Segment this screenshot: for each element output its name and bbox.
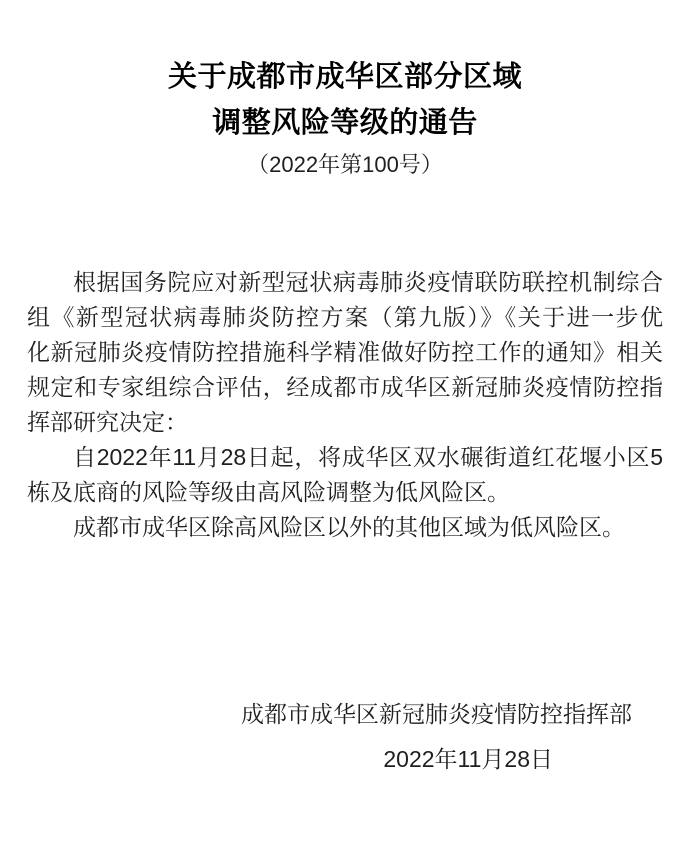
body-line: 栋及底商的风险等级由高风险调整为低风险区。 (27, 475, 663, 510)
body-line: 化新冠肺炎疫情防控措施科学精准做好防控工作的通知》相关 (27, 335, 663, 370)
notice-title: 关于成都市成华区部分区域 调整风险等级的通告 (27, 54, 663, 146)
body-line: 规定和专家组综合评估，经成都市成华区新冠肺炎疫情防控指 (27, 370, 663, 405)
body-line: 根据国务院应对新型冠状病毒肺炎疫情联防联控机制综合 (27, 265, 663, 300)
notice-title-line-1: 关于成都市成华区部分区域 (27, 54, 663, 100)
notice-content: 关于成都市成华区部分区域 调整风险等级的通告 （2022年第100号） 根据国务… (0, 0, 690, 776)
notice-page: 关于成都市成华区部分区域 调整风险等级的通告 （2022年第100号） 根据国务… (0, 0, 690, 852)
notice-body: 根据国务院应对新型冠状病毒肺炎疫情联防联控机制综合 组《新型冠状病毒肺炎防控方案… (27, 265, 663, 545)
body-line: 组《新型冠状病毒肺炎防控方案（第九版）》《关于进一步优 (27, 300, 663, 335)
body-line: 挥部研究决定： (27, 405, 663, 440)
body-line: 自2022年11月28日起，将成华区双水碾街道红花堰小区5 (27, 440, 663, 475)
body-line: 成都市成华区除高风险区以外的其他区域为低风险区。 (27, 510, 663, 545)
issuing-authority: 成都市成华区新冠肺炎疫情防控指挥部 (27, 697, 663, 731)
issue-date: 2022年11月28日 (27, 742, 663, 776)
signature-block: 成都市成华区新冠肺炎疫情防控指挥部 2022年11月28日 (27, 697, 663, 776)
notice-title-line-2: 调整风险等级的通告 (27, 100, 663, 146)
doc-number: （2022年第100号） (27, 150, 663, 180)
